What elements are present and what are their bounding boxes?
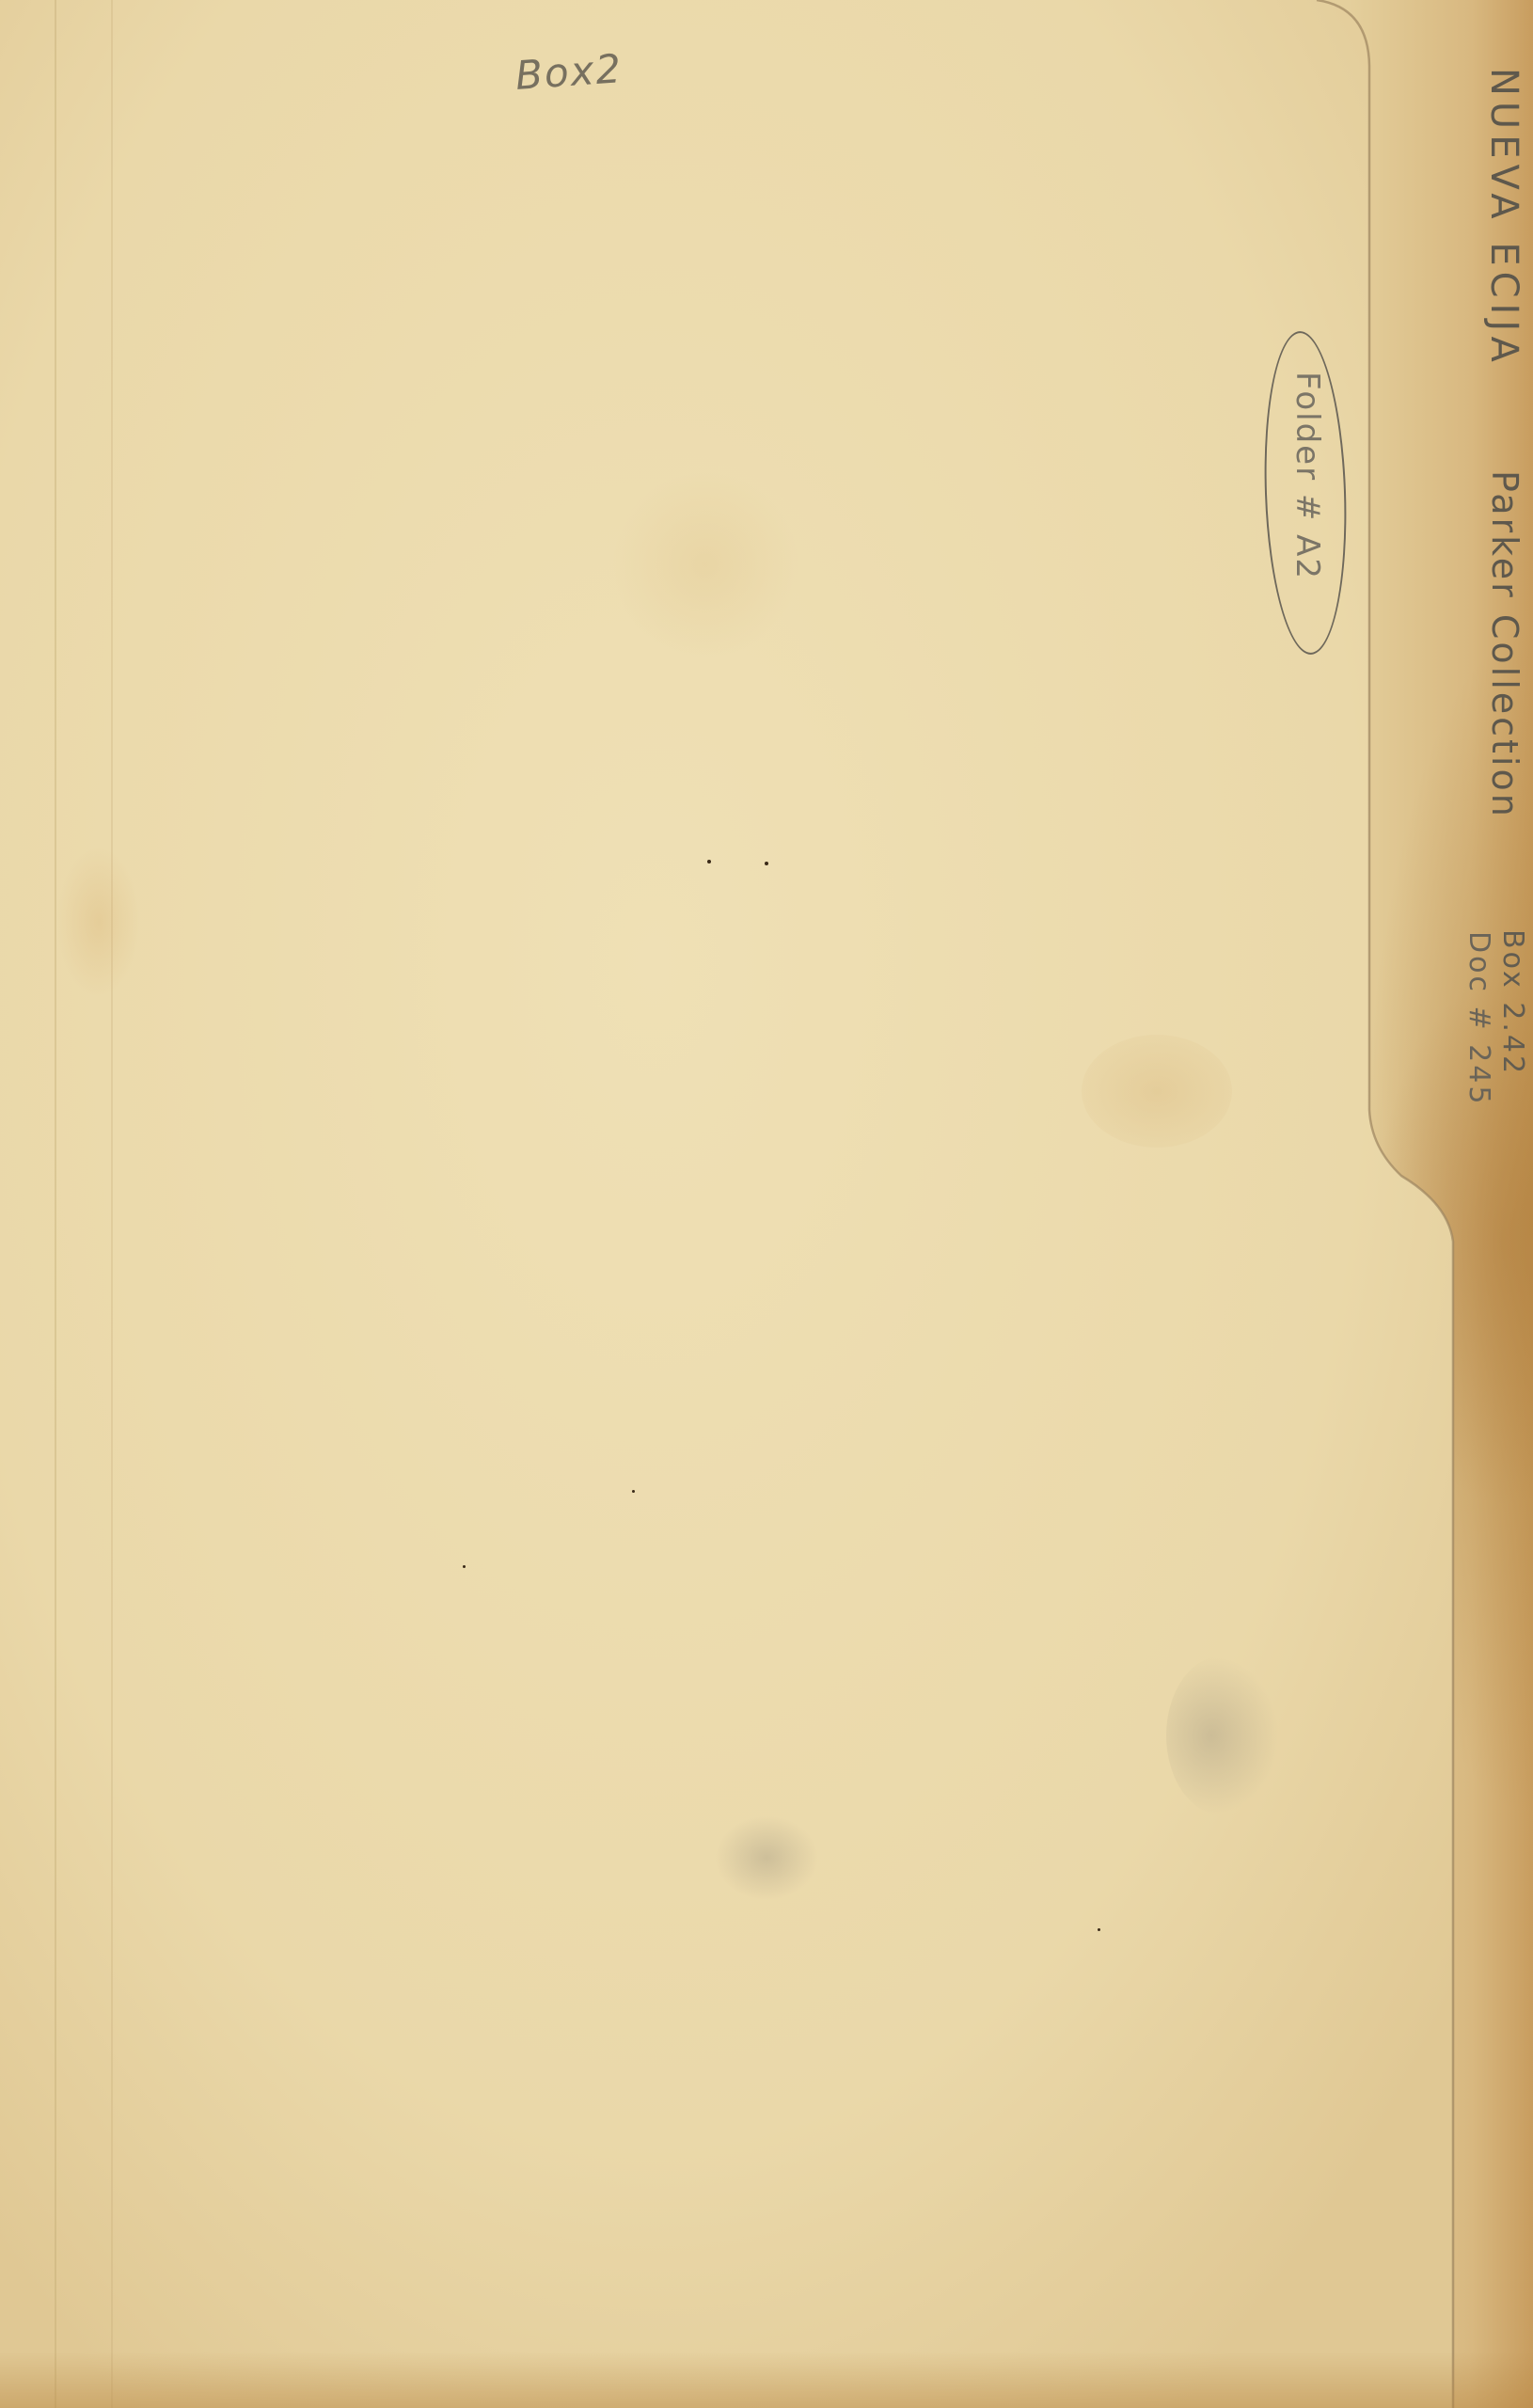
speck [1098, 1928, 1100, 1931]
speck [463, 1565, 466, 1568]
speck [765, 862, 768, 865]
tab-label-doc: Doc # 245 [1462, 931, 1495, 1106]
tab-label-location: NUEVA ECIJA [1482, 68, 1525, 368]
speck [707, 860, 711, 863]
speck [632, 1490, 635, 1493]
box-label: Box2 [514, 45, 624, 99]
folder-scan: Box2 Folder # A2 NUEVA ECIJA Parker Coll… [0, 0, 1533, 2408]
fold-line [111, 0, 113, 2408]
tab-label-collection: Parker Collection [1484, 470, 1525, 819]
fold-line [55, 0, 56, 2408]
edge-discoloration [0, 2352, 1533, 2408]
tab-label-box: Box 2.42 [1496, 929, 1529, 1076]
folder-label: Folder # A2 [1288, 372, 1326, 580]
